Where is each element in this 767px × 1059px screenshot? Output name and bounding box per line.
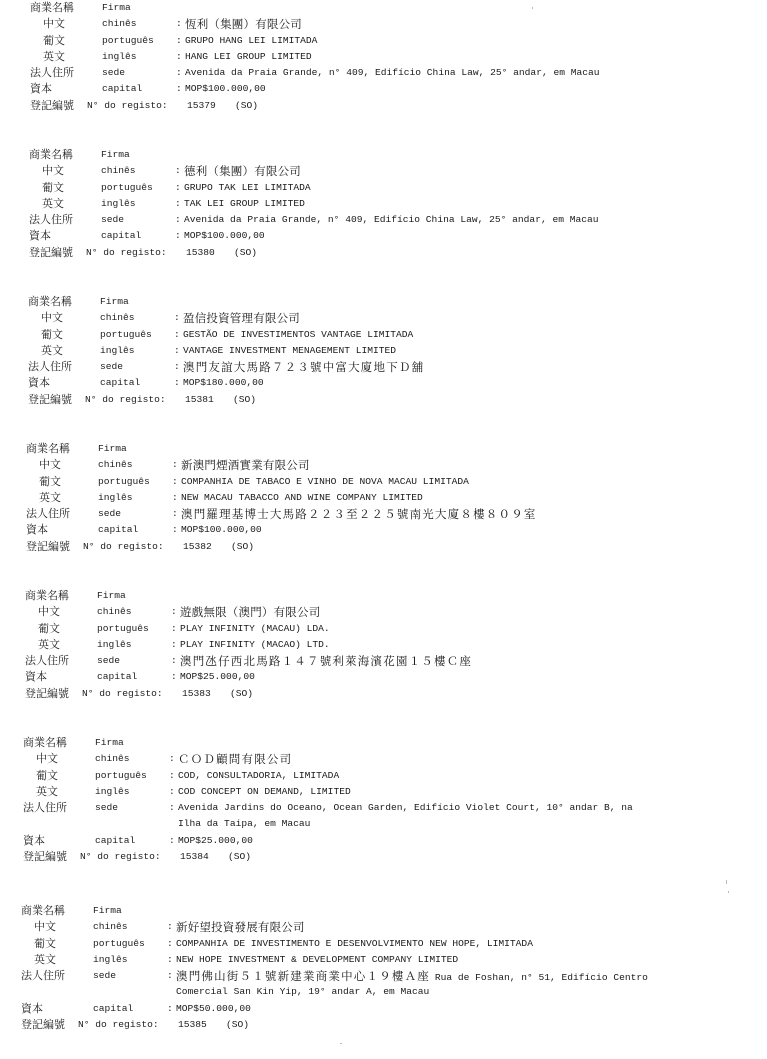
colon: :: [174, 343, 180, 359]
seat-row: 法人住所 sede : 澳門友誼大馬路７２３號中富大廈地下Ｄ舖: [28, 359, 767, 375]
seat-label-zh: 法人住所: [28, 359, 72, 375]
firm-row: 商業名稱 Firma: [30, 0, 767, 16]
registry-row: 登記編號 N° do registo: 15385 (SO): [21, 1017, 761, 1033]
firm-label-zh: 商業名稱: [28, 294, 72, 310]
capital-row: 資本 capital : MOP$50.000,00: [21, 1001, 761, 1017]
registry-label-zh: 登記編號: [23, 849, 67, 865]
capital-label-pt: capital: [97, 669, 137, 685]
registry-row: 登記編號 N° do registo: 15382 (SO): [26, 539, 766, 555]
registry-document-page: 商業名稱 Firma 中文 chinês : 恆利（集團）有限公司 葡文 por…: [0, 0, 767, 1059]
portuguese-label-pt: português: [98, 474, 150, 490]
registry-label-pt: N° do registo:: [87, 98, 168, 114]
registry-number: 15384: [180, 849, 209, 865]
portuguese-label-pt: português: [101, 180, 153, 196]
chinese-name-value: 新好望投資發展有限公司: [176, 919, 305, 935]
firm-label-pt: Firma: [100, 294, 129, 310]
colon: :: [175, 163, 181, 179]
colon: :: [171, 621, 177, 637]
portuguese-label-zh: 葡文: [36, 768, 58, 784]
colon: :: [175, 212, 181, 228]
seat-label-pt: sede: [102, 65, 125, 81]
colon: :: [172, 522, 178, 538]
company-entry-15383: 商業名稱 Firma 中文 chinês : 遊戲無限（澳門）有限公司 葡文 p…: [25, 588, 765, 702]
english-label-zh: 英文: [42, 196, 64, 212]
firm-row: 商業名稱 Firma: [25, 588, 765, 604]
chinese-label-zh: 中文: [43, 16, 65, 32]
colon: :: [174, 359, 180, 375]
portuguese-label-zh: 葡文: [42, 180, 64, 196]
registry-label-zh: 登記編號: [21, 1017, 65, 1033]
firm-label-zh: 商業名稱: [30, 0, 74, 16]
colon: :: [169, 833, 175, 849]
colon: :: [175, 196, 181, 212]
registry-suffix: (SO): [234, 245, 257, 261]
portuguese-label-pt: português: [93, 936, 145, 952]
colon: :: [169, 751, 175, 767]
registry-label-pt: N° do registo:: [83, 539, 164, 555]
capital-value: MOP$50.000,00: [176, 1001, 251, 1017]
capital-label-pt: capital: [95, 833, 135, 849]
colon: :: [174, 375, 180, 391]
company-entry-15379: 商業名稱 Firma 中文 chinês : 恆利（集團）有限公司 葡文 por…: [30, 0, 767, 114]
registry-label-pt: N° do registo:: [78, 1017, 159, 1033]
seat-label-zh: 法人住所: [29, 212, 73, 228]
registry-number: 15379: [187, 98, 216, 114]
english-name-row: 英文 inglês : COD CONCEPT ON DEMAND, LIMIT…: [23, 784, 763, 800]
capital-label-zh: 資本: [29, 228, 51, 244]
portuguese-label-pt: português: [95, 768, 147, 784]
capital-row: 資本 capital : MOP$100.000,00: [30, 81, 767, 97]
chinese-label-zh: 中文: [39, 457, 61, 473]
capital-label-zh: 資本: [25, 669, 47, 685]
english-name-value: PLAY INFINITY (MACAO) LTD.: [180, 637, 330, 653]
chinese-label-zh: 中文: [42, 163, 64, 179]
colon: :: [171, 604, 177, 620]
capital-label-pt: capital: [93, 1001, 133, 1017]
capital-row: 資本 capital : MOP$100.000,00: [29, 228, 767, 244]
seat-label-pt: sede: [101, 212, 124, 228]
chinese-name-value: ＣＯＤ顧問有限公司: [178, 751, 292, 767]
english-label-zh: 英文: [39, 490, 61, 506]
english-label-zh: 英文: [41, 343, 63, 359]
portuguese-label-zh: 葡文: [39, 474, 61, 490]
registry-label-pt: N° do registo:: [80, 849, 161, 865]
english-label-pt: inglês: [95, 784, 130, 800]
firm-label-pt: Firma: [102, 0, 131, 16]
registry-number: 15385: [178, 1017, 207, 1033]
capital-row: 資本 capital : MOP$100.000,00: [26, 522, 766, 538]
capital-row: 資本 capital : MOP$25.000,00: [25, 669, 765, 685]
english-name-row: 英文 inglês : HANG LEI GROUP LIMITED: [30, 49, 767, 65]
portuguese-label-zh: 葡文: [41, 327, 63, 343]
portuguese-label-pt: português: [100, 327, 152, 343]
capital-row: 資本 capital : MOP$180.000,00: [28, 375, 767, 391]
seat-value: 澳門友誼大馬路７２３號中富大廈地下Ｄ舖: [183, 359, 424, 375]
registry-row: 登記編號 N° do registo: 15381 (SO): [28, 392, 767, 408]
seat-value: Avenida da Praia Grande, n° 409, Edifíci…: [185, 65, 600, 81]
portuguese-name-value: COD, CONSULTADORIA, LIMITADA: [178, 768, 339, 784]
english-name-row: 英文 inglês : PLAY INFINITY (MACAO) LTD.: [25, 637, 765, 653]
portuguese-label-zh: 葡文: [34, 936, 56, 952]
registry-label-pt: N° do registo:: [82, 686, 163, 702]
chinese-label-pt: chinês: [97, 604, 132, 620]
colon: :: [176, 65, 182, 81]
seat-row: 法人住所 sede : Avenida da Praia Grande, n° …: [30, 65, 767, 81]
english-name-row: 英文 inglês : VANTAGE INVESTMENT MENAGEMEN…: [28, 343, 767, 359]
english-name-row: 英文 inglês : NEW HOPE INVESTMENT & DEVELO…: [21, 952, 761, 968]
colon: :: [167, 1001, 173, 1017]
colon: :: [176, 16, 182, 32]
colon: :: [167, 919, 173, 935]
registry-label-pt: N° do registo:: [85, 392, 166, 408]
seat-label-pt: sede: [95, 800, 118, 816]
company-entry-15382: 商業名稱 Firma 中文 chinês : 新澳門煙酒實業有限公司 葡文 po…: [26, 441, 766, 555]
colon: :: [172, 474, 178, 490]
capital-label-zh: 資本: [28, 375, 50, 391]
registry-suffix: (SO): [233, 392, 256, 408]
chinese-label-pt: chinês: [98, 457, 133, 473]
capital-row: 資本 capital : MOP$25.000,00: [23, 833, 763, 849]
portuguese-name-row: 葡文 português : COMPANHIA DE INVESTIMENTO…: [21, 936, 761, 952]
english-label-zh: 英文: [38, 637, 60, 653]
registry-number: 15382: [183, 539, 212, 555]
seat-label-pt: sede: [98, 506, 121, 522]
capital-label-pt: capital: [98, 522, 138, 538]
portuguese-name-row: 葡文 português : COD, CONSULTADORIA, LIMIT…: [23, 768, 763, 784]
registry-suffix: (SO): [230, 686, 253, 702]
chinese-label-zh: 中文: [34, 919, 56, 935]
portuguese-name-value: GRUPO HANG LEI LIMITADA: [185, 33, 317, 49]
registry-suffix: (SO): [228, 849, 251, 865]
chinese-name-value: 新澳門煙酒實業有限公司: [181, 457, 310, 473]
chinese-label-pt: chinês: [101, 163, 136, 179]
capital-label-zh: 資本: [30, 81, 52, 97]
chinese-label-zh: 中文: [36, 751, 58, 767]
seat-row: 法人住所 sede : 澳門羅理基博士大馬路２２３至２２５號南光大廈８樓８０９室: [26, 506, 766, 522]
chinese-label-pt: chinês: [93, 919, 128, 935]
seat-value: 澳門氹仔西北馬路１４７號利萊海濱花園１５樓Ｃ座: [180, 653, 472, 669]
seat-value-line2: Comercial San Kin Yip, 19° andar A, em M…: [176, 984, 429, 1000]
portuguese-name-value: COMPANHIA DE INVESTIMENTO E DESENVOLVIME…: [176, 936, 533, 952]
portuguese-name-row: 葡文 português : GRUPO TAK LEI LIMITADA: [29, 180, 767, 196]
chinese-label-pt: chinês: [102, 16, 137, 32]
portuguese-name-value: COMPANHIA DE TABACO E VINHO DE NOVA MACA…: [181, 474, 469, 490]
seat-row: 法人住所 sede : 澳門氹仔西北馬路１４７號利萊海濱花園１５樓Ｃ座: [25, 653, 765, 669]
seat-label-zh: 法人住所: [23, 800, 67, 816]
seat-value: 澳門羅理基博士大馬路２２３至２２５號南光大廈８樓８０９室: [181, 506, 537, 522]
registry-label-zh: 登記編號: [28, 392, 72, 408]
seat-label-pt: sede: [97, 653, 120, 669]
capital-label-pt: capital: [101, 228, 141, 244]
registry-label-pt: N° do registo:: [86, 245, 167, 261]
english-name-value: NEW HOPE INVESTMENT & DEVELOPMENT COMPAN…: [176, 952, 458, 968]
capital-value: MOP$100.000,00: [181, 522, 262, 538]
capital-value: MOP$180.000,00: [183, 375, 264, 391]
company-entry-15385: 商業名稱 Firma 中文 chinês : 新好望投資發展有限公司 葡文 po…: [21, 903, 761, 1033]
english-name-value: HANG LEI GROUP LIMITED: [185, 49, 312, 65]
english-label-pt: inglês: [97, 637, 132, 653]
portuguese-label-zh: 葡文: [38, 621, 60, 637]
colon: :: [175, 180, 181, 196]
seat-label-zh: 法人住所: [30, 65, 74, 81]
english-name-value: COD CONCEPT ON DEMAND, LIMITED: [178, 784, 351, 800]
english-label-pt: inglês: [93, 952, 128, 968]
firm-row: 商業名稱 Firma: [28, 294, 767, 310]
seat-value-line2: Ilha da Taipa, em Macau: [178, 816, 310, 832]
company-entry-15384: 商業名稱 Firma 中文 chinês : ＣＯＤ顧問有限公司 葡文 port…: [23, 735, 763, 865]
colon: :: [172, 506, 178, 522]
chinese-label-pt: chinês: [100, 310, 135, 326]
colon: :: [176, 81, 182, 97]
chinese-label-zh: 中文: [41, 310, 63, 326]
chinese-name-value: 恆利（集團）有限公司: [185, 16, 302, 32]
portuguese-name-value: GRUPO TAK LEI LIMITADA: [184, 180, 311, 196]
firm-row: 商業名稱 Firma: [29, 147, 767, 163]
registry-number: 15383: [182, 686, 211, 702]
chinese-name-value: 遊戲無限（澳門）有限公司: [180, 604, 320, 620]
portuguese-name-row: 葡文 português : GESTÃO DE INVESTIMENTOS V…: [28, 327, 767, 343]
firm-label-zh: 商業名稱: [21, 903, 65, 919]
registry-row: 登記編號 N° do registo: 15379 (SO): [30, 98, 767, 114]
colon: :: [167, 952, 173, 968]
english-label-zh: 英文: [34, 952, 56, 968]
colon: :: [169, 784, 175, 800]
capital-value: MOP$100.000,00: [184, 228, 265, 244]
registry-label-zh: 登記編號: [25, 686, 69, 702]
portuguese-label-pt: português: [97, 621, 149, 637]
registry-row: 登記編號 N° do registo: 15384 (SO): [23, 849, 763, 865]
capital-label-zh: 資本: [26, 522, 48, 538]
seat-label-pt: sede: [93, 968, 116, 984]
seat-label-zh: 法人住所: [26, 506, 70, 522]
registry-label-zh: 登記編號: [29, 245, 73, 261]
english-label-zh: 英文: [43, 49, 65, 65]
english-name-value: TAK LEI GROUP LIMITED: [184, 196, 305, 212]
portuguese-name-value: GESTÃO DE INVESTIMENTOS VANTAGE LIMITADA: [183, 327, 413, 343]
firm-label-pt: Firma: [97, 588, 126, 604]
colon: :: [176, 33, 182, 49]
portuguese-label-zh: 葡文: [43, 33, 65, 49]
chinese-name-row: 中文 chinês : 新澳門煙酒實業有限公司: [26, 457, 766, 473]
firm-label-zh: 商業名稱: [25, 588, 69, 604]
capital-value: MOP$100.000,00: [185, 81, 266, 97]
portuguese-name-row: 葡文 português : PLAY INFINITY (MACAU) LDA…: [25, 621, 765, 637]
capital-value: MOP$25.000,00: [180, 669, 255, 685]
chinese-name-value: 德利（集團）有限公司: [184, 163, 301, 179]
chinese-name-row: 中文 chinês : 德利（集團）有限公司: [29, 163, 767, 179]
company-entry-15380: 商業名稱 Firma 中文 chinês : 德利（集團）有限公司 葡文 por…: [29, 147, 767, 261]
chinese-name-row: 中文 chinês : 新好望投資發展有限公司: [21, 919, 761, 935]
seat-continuation-row: Comercial San Kin Yip, 19° andar A, em M…: [21, 984, 761, 1000]
seat-label-zh: 法人住所: [25, 653, 69, 669]
chinese-name-row: 中文 chinês : ＣＯＤ顧問有限公司: [23, 751, 763, 767]
english-label-zh: 英文: [36, 784, 58, 800]
firm-row: 商業名稱 Firma: [23, 735, 763, 751]
firm-label-zh: 商業名稱: [29, 147, 73, 163]
registry-label-zh: 登記編號: [30, 98, 74, 114]
colon: :: [169, 768, 175, 784]
seat-label-pt: sede: [100, 359, 123, 375]
colon: :: [174, 310, 180, 326]
capital-label-pt: capital: [102, 81, 142, 97]
portuguese-label-pt: português: [102, 33, 154, 49]
company-entry-15381: 商業名稱 Firma 中文 chinês : 盈信投資管理有限公司 葡文 por…: [28, 294, 767, 408]
firm-label-pt: Firma: [93, 903, 122, 919]
registry-number: 15380: [186, 245, 215, 261]
colon: :: [169, 800, 175, 816]
english-name-value: VANTAGE INVESTMENT MENAGEMENT LIMITED: [183, 343, 396, 359]
registry-row: 登記編號 N° do registo: 15380 (SO): [29, 245, 767, 261]
capital-label-zh: 資本: [23, 833, 45, 849]
registry-number: 15381: [185, 392, 214, 408]
seat-value-zh: 澳門佛山街５１號新建業商業中心１９樓Ａ座: [176, 969, 430, 983]
registry-suffix: (SO): [235, 98, 258, 114]
seat-value-pt: Rua de Foshan, n° 51, Edifício Centro: [435, 972, 648, 983]
seat-row: 法人住所 sede : Avenida da Praia Grande, n° …: [29, 212, 767, 228]
colon: :: [167, 936, 173, 952]
firm-label-zh: 商業名稱: [23, 735, 67, 751]
colon: :: [176, 49, 182, 65]
chinese-label-pt: chinês: [95, 751, 130, 767]
registry-suffix: (SO): [226, 1017, 249, 1033]
scan-speck: [726, 880, 727, 884]
english-name-value: NEW MACAU TABACCO AND WINE COMPANY LIMIT…: [181, 490, 423, 506]
colon: :: [171, 669, 177, 685]
colon: :: [172, 490, 178, 506]
colon: :: [171, 637, 177, 653]
chinese-name-row: 中文 chinês : 恆利（集團）有限公司: [30, 16, 767, 32]
chinese-label-zh: 中文: [38, 604, 60, 620]
english-label-pt: inglês: [100, 343, 135, 359]
seat-row: 法人住所 sede : 澳門佛山街５１號新建業商業中心１９樓Ａ座 Rua de …: [21, 968, 761, 984]
firm-label-pt: Firma: [101, 147, 130, 163]
firm-row: 商業名稱 Firma: [21, 903, 761, 919]
chinese-name-row: 中文 chinês : 遊戲無限（澳門）有限公司: [25, 604, 765, 620]
seat-value-line1: Avenida Jardins do Oceano, Ocean Garden,…: [178, 800, 633, 816]
seat-value: Avenida da Praia Grande, n° 409, Edifíci…: [184, 212, 599, 228]
portuguese-name-value: PLAY INFINITY (MACAU) LDA.: [180, 621, 330, 637]
colon: :: [171, 653, 177, 669]
english-label-pt: inglês: [102, 49, 137, 65]
colon: :: [172, 457, 178, 473]
colon: :: [167, 968, 173, 984]
capital-label-zh: 資本: [21, 1001, 43, 1017]
capital-label-pt: capital: [100, 375, 140, 391]
seat-row: 法人住所 sede : Avenida Jardins do Oceano, O…: [23, 800, 763, 816]
capital-value: MOP$25.000,00: [178, 833, 253, 849]
registry-suffix: (SO): [231, 539, 254, 555]
chinese-name-value: 盈信投資管理有限公司: [183, 310, 300, 326]
seat-continuation-row: Ilha da Taipa, em Macau: [23, 816, 763, 832]
colon: :: [175, 228, 181, 244]
portuguese-name-row: 葡文 português : GRUPO HANG LEI LIMITADA: [30, 33, 767, 49]
registry-label-zh: 登記編號: [26, 539, 70, 555]
scan-speck: [340, 1043, 342, 1044]
registry-row: 登記編號 N° do registo: 15383 (SO): [25, 686, 765, 702]
english-name-row: 英文 inglês : TAK LEI GROUP LIMITED: [29, 196, 767, 212]
english-label-pt: inglês: [101, 196, 136, 212]
firm-label-pt: Firma: [98, 441, 127, 457]
colon: :: [174, 327, 180, 343]
seat-label-zh: 法人住所: [21, 968, 65, 984]
english-label-pt: inglês: [98, 490, 133, 506]
firm-row: 商業名稱 Firma: [26, 441, 766, 457]
chinese-name-row: 中文 chinês : 盈信投資管理有限公司: [28, 310, 767, 326]
english-name-row: 英文 inglês : NEW MACAU TABACCO AND WINE C…: [26, 490, 766, 506]
firm-label-pt: Firma: [95, 735, 124, 751]
scan-speck: [532, 7, 533, 9]
portuguese-name-row: 葡文 português : COMPANHIA DE TABACO E VIN…: [26, 474, 766, 490]
firm-label-zh: 商業名稱: [26, 441, 70, 457]
scan-speck: [728, 891, 729, 893]
